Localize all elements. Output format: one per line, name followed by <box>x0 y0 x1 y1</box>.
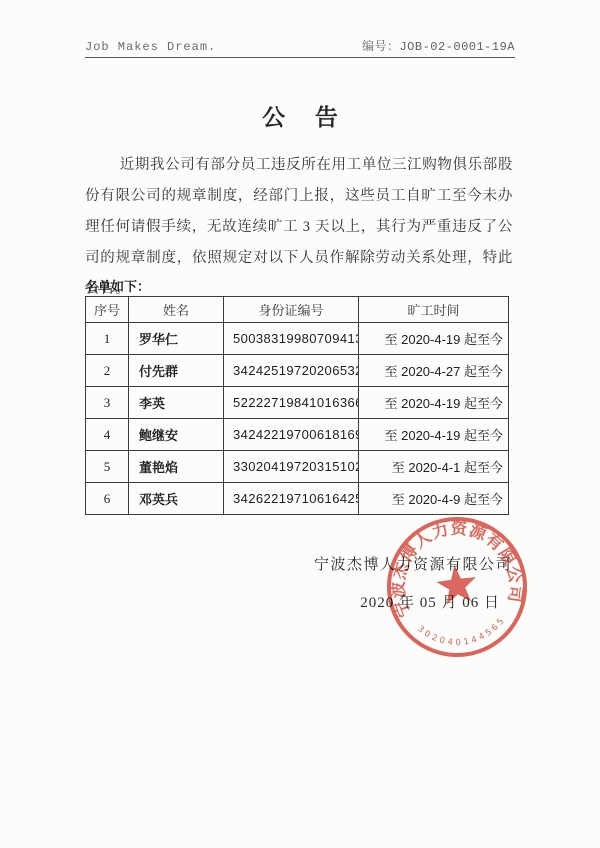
cell-id-number: 342622197106164250 <box>224 483 359 515</box>
table-row: 2 付先群 342425197202065322 至 2020-4-27 起至今 <box>86 355 509 387</box>
cell-absence: 至 2020-4-19 起至今 <box>359 387 509 419</box>
col-header-name: 姓名 <box>129 297 224 323</box>
cell-name: 邓英兵 <box>129 483 224 515</box>
cell-no: 6 <box>86 483 129 515</box>
col-header-id: 身份证编号 <box>224 297 359 323</box>
col-header-absence: 旷工时间 <box>359 297 509 323</box>
cell-id-number: 342422197006181693 <box>224 419 359 451</box>
table-row: 3 李英 522227198410163664 至 2020-4-19 起至今 <box>86 387 509 419</box>
table-row: 4 鲍继安 342422197006181693 至 2020-4-19 起至今 <box>86 419 509 451</box>
cell-id-number: 330204197203151023 <box>224 451 359 483</box>
cell-absence: 至 2020-4-19 起至今 <box>359 323 509 355</box>
absence-roster-table: 序号 姓名 身份证编号 旷工时间 1 罗华仁 50038319980709413… <box>85 296 509 515</box>
table-row: 5 董艳焰 330204197203151023 至 2020-4-1 起至今 <box>86 451 509 483</box>
table-header-row: 序号 姓名 身份证编号 旷工时间 <box>86 297 509 323</box>
cell-no: 5 <box>86 451 129 483</box>
cell-name: 鲍继安 <box>129 419 224 451</box>
cell-no: 4 <box>86 419 129 451</box>
page-title: 公 告 <box>85 99 515 132</box>
company-seal-stamp: 宁波杰博人力资源有限公司 302040144565 <box>368 498 546 676</box>
cell-id-number: 522227198410163664 <box>224 387 359 419</box>
table-row: 1 罗华仁 50038319980709413X 至 2020-4-19 起至今 <box>86 323 509 355</box>
col-header-no: 序号 <box>86 297 129 323</box>
cell-no: 3 <box>86 387 129 419</box>
cell-id-number: 342425197202065322 <box>224 355 359 387</box>
seal-star-icon <box>434 563 478 606</box>
seal-arc-text: 宁波杰博人力资源有限公司 <box>380 510 528 621</box>
cell-no: 1 <box>86 323 129 355</box>
cell-absence: 至 2020-4-1 起至今 <box>359 451 509 483</box>
cell-id-number: 50038319980709413X <box>224 323 359 355</box>
cell-name: 付先群 <box>129 355 224 387</box>
letterhead-slogan: Job Makes Dream. <box>85 40 216 54</box>
cell-name: 李英 <box>129 387 224 419</box>
cell-no: 2 <box>86 355 129 387</box>
notice-document-page: Job Makes Dream. 编号：JOB-02-0001-19A 公 告 … <box>0 0 600 848</box>
document-number: 编号：JOB-02-0001-19A <box>362 37 515 54</box>
cell-name: 董艳焰 <box>129 451 224 483</box>
cell-absence: 至 2020-4-27 起至今 <box>359 355 509 387</box>
letterhead: Job Makes Dream. 编号：JOB-02-0001-19A <box>85 36 515 58</box>
list-label: 名单如下： <box>85 276 150 295</box>
cell-absence: 至 2020-4-19 起至今 <box>359 419 509 451</box>
cell-name: 罗华仁 <box>129 323 224 355</box>
